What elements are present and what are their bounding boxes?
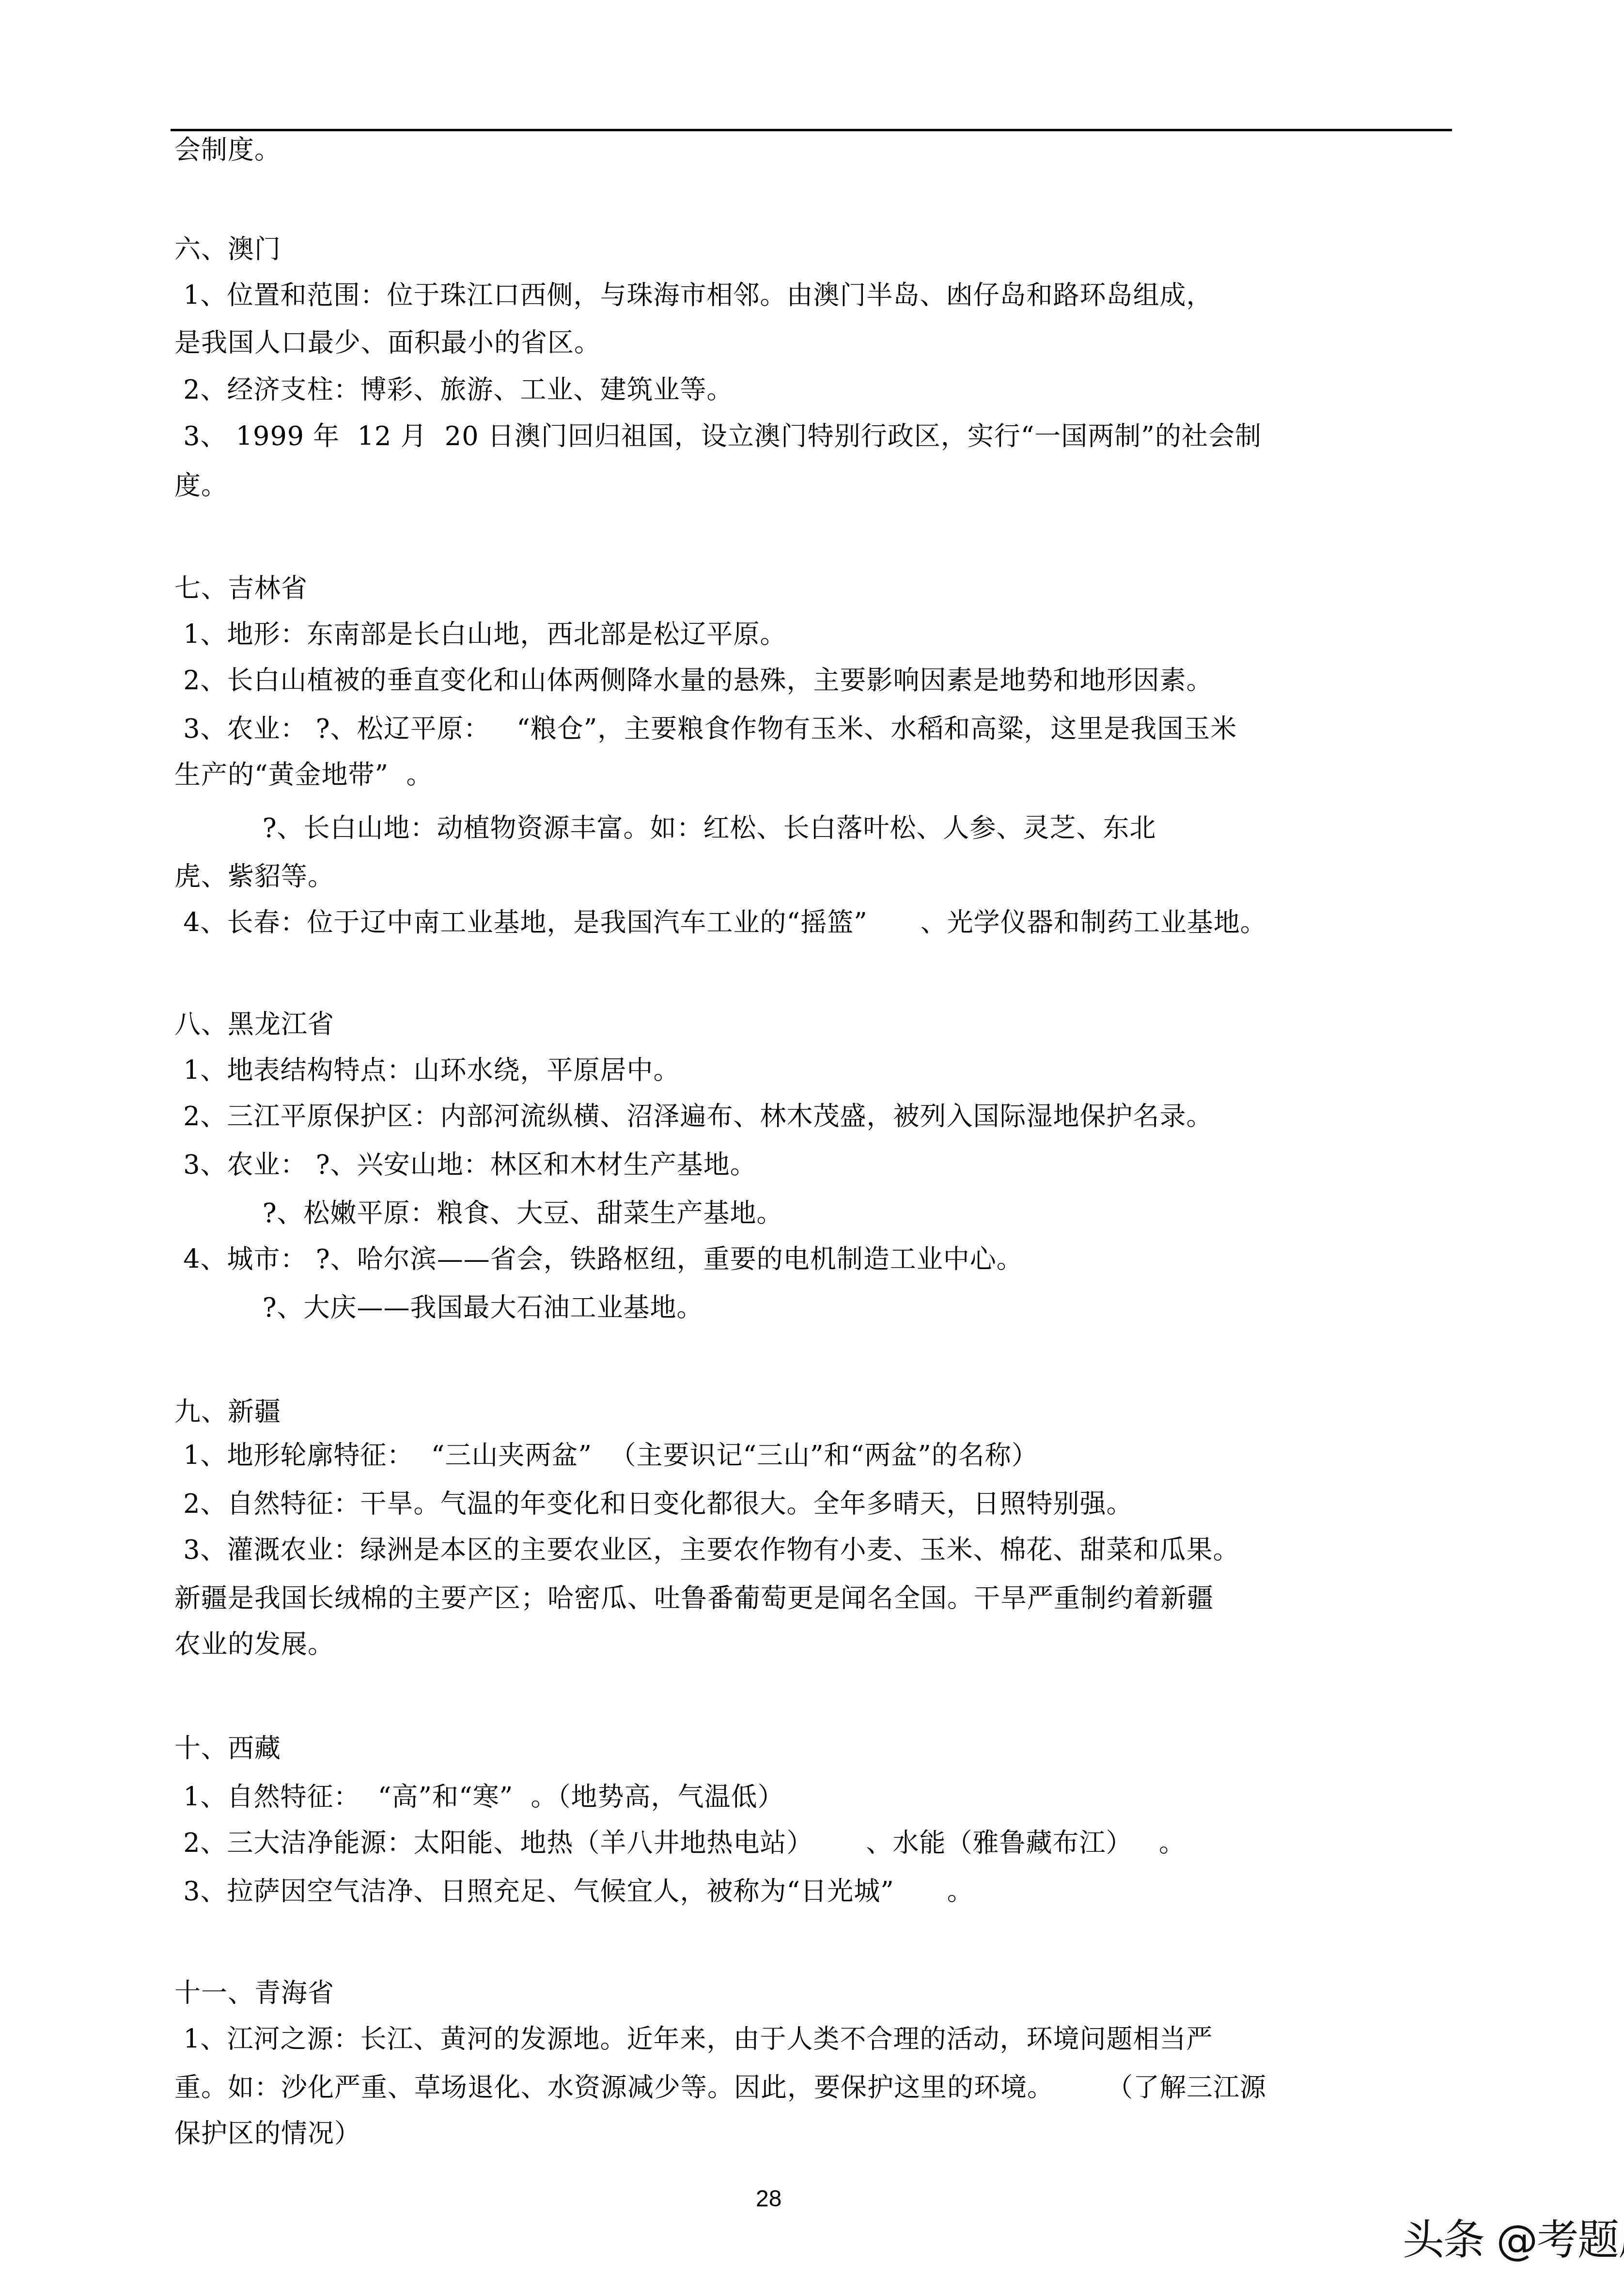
tibet-line-1: 1、自然特征： “高”和“寒” 。（地势高，气温低） <box>174 1780 784 1814</box>
heilongjiang-line-1: 1、地表结构特点：山环水绕，平原居中。 <box>174 1054 680 1087</box>
tibet-line-3: 3、拉萨因空气洁净、日照充足、气候宜人，被称为“日光城” 。 <box>174 1875 974 1908</box>
section-heading-macau: 六、澳门 <box>174 233 281 266</box>
section-heading-tibet: 十、西藏 <box>174 1732 281 1766</box>
heilongjiang-line-5: 4、城市： ?、哈尔滨——省会，铁路枢纽，重要的电机制造工业中心。 <box>174 1242 1023 1276</box>
heilongjiang-line-6: ?、大庆——我国最大石油工业基地。 <box>174 1291 703 1325</box>
section-heading-qinghai: 十一、青海省 <box>174 1976 334 2010</box>
macau-line-5: 度。 <box>174 469 228 503</box>
heilongjiang-line-2: 2、三江平原保护区：内部河流纵横、沼泽遍布、林木茂盛，被列入国际湿地保护名录。 <box>174 1100 1213 1133</box>
xinjiang-line-2: 2、自然特征：干旱。气温的年变化和日变化都很大。全年多晴天，日照特别强。 <box>174 1487 1133 1521</box>
section-heading-jilin: 七、吉林省 <box>174 572 308 605</box>
macau-line-3: 2、经济支柱：博彩、旅游、工业、建筑业等。 <box>174 373 734 407</box>
macau-line-4: 3、 1999 年 12 月 20 日澳门回归祖国，设立澳门特别行政区，实行“一… <box>174 419 1262 453</box>
heilongjiang-line-4: ?、松嫩平原：粮食、大豆、甜菜生产基地。 <box>174 1196 783 1230</box>
jilin-line-5: ?、长白山地：动植物资源丰富。如：红松、长白落叶松、人参、灵芝、东北 <box>174 811 1156 845</box>
jilin-line-7: 4、长春：位于辽中南工业基地，是我国汽车工业的“摇篮” 、光学仪器和制药工业基地… <box>174 906 1267 940</box>
continued-text: 会制度。 <box>174 133 281 167</box>
qinghai-line-3: 保护区的情况） <box>174 2117 361 2151</box>
jilin-line-2: 2、长白山植被的垂直变化和山体两侧降水量的悬殊，主要影响因素是地势和地形因素。 <box>174 664 1213 698</box>
jilin-line-1: 1、地形：东南部是长白山地，西北部是松辽平原。 <box>174 618 787 652</box>
header-rule <box>171 129 1452 131</box>
xinjiang-line-4: 新疆是我国长绒棉的主要产区；哈密瓜、吐鲁番葡萄更是闻名全国。干旱严重制约着新疆 <box>174 1582 1214 1615</box>
macau-line-1: 1、位置和范围：位于珠江口西侧，与珠海市相邻。由澳门半岛、凼仔岛和路环岛组成， <box>174 279 1213 312</box>
section-heading-xinjiang: 九、新疆 <box>174 1395 281 1429</box>
jilin-line-4: 生产的“黄金地带” 。 <box>174 758 433 792</box>
macau-line-2: 是我国人口最少、面积最小的省区。 <box>174 326 601 360</box>
section-heading-heilongjiang: 八、黑龙江省 <box>174 1008 334 1041</box>
page-number: 28 <box>756 2186 781 2213</box>
jilin-line-6: 虎、紫貂等。 <box>174 860 334 894</box>
xinjiang-line-1: 1、地形轮廓特征： “三山夹两盆” （主要识记“三山”和“两盆”的名称） <box>174 1439 1038 1473</box>
jilin-line-3: 3、农业： ?、松辽平原： “粮仓”，主要粮食作物有玉米、水稻和高粱，这里是我国… <box>174 712 1237 746</box>
qinghai-line-2: 重。如：沙化严重、草场退化、水资源减少等。因此，要保护这里的环境。 （了解三江源 <box>174 2071 1266 2105</box>
tibet-line-2: 2、三大洁净能源：太阳能、地热（羊八井地热电站） 、水能（雅鲁藏布江） 。 <box>174 1826 1186 1860</box>
xinjiang-line-3: 3、灌溉农业：绿洲是本区的主要农业区，主要农作物有小麦、玉米、棉花、甜菜和瓜果。 <box>174 1533 1240 1567</box>
watermark: 头条 @考题库 <box>1403 2216 1624 2265</box>
heilongjiang-line-3: 3、农业： ?、兴安山地：林区和木材生产基地。 <box>174 1148 757 1182</box>
xinjiang-line-5: 农业的发展。 <box>174 1628 334 1661</box>
qinghai-line-1: 1、江河之源：长江、黄河的发源地。近年来，由于人类不合理的活动，环境问题相当严 <box>174 2022 1213 2056</box>
